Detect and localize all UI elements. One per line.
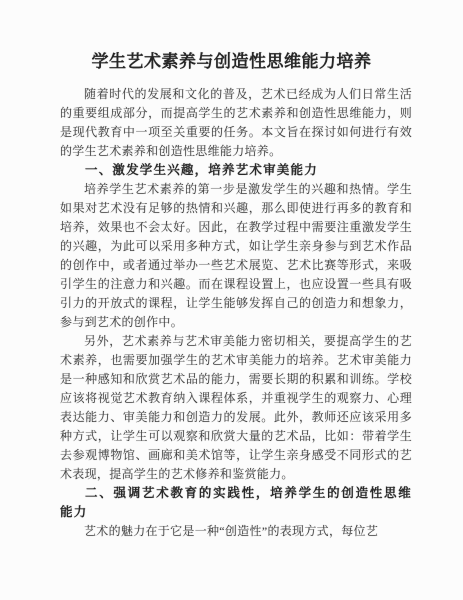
document-page: 学生艺术素养与创造性思维能力培养 随着时代的发展和文化的普及，艺术已经成为人们日… <box>0 0 463 600</box>
document-body: 随着时代的发展和文化的普及，艺术已经成为人们日常生活的重要组成部分，而提高学生的… <box>60 85 412 541</box>
paragraph-section1-aesthetics: 另外，艺术素养与艺术审美能力密切相关，要提高学生的艺术素养，也需要加强学生的艺术… <box>60 332 412 484</box>
paragraph-section1-interest: 培养学生艺术素养的第一步是激发学生的兴趣和热情。学生如果对艺术没有足够的热情和兴… <box>60 180 412 332</box>
section-heading-1: 一、激发学生兴趣，培养艺术审美能力 <box>60 161 412 180</box>
paragraph-introduction: 随着时代的发展和文化的普及，艺术已经成为人们日常生活的重要组成部分，而提高学生的… <box>60 85 412 161</box>
paragraph-section2-opening: 艺术的魅力在于它是一种“创造性”的表现方式，每位艺 <box>60 522 412 541</box>
section-heading-2: 二、强调艺术教育的实践性，培养学生的创造性思维能力 <box>60 484 412 522</box>
document-title: 学生艺术素养与创造性思维能力培养 <box>0 50 463 74</box>
